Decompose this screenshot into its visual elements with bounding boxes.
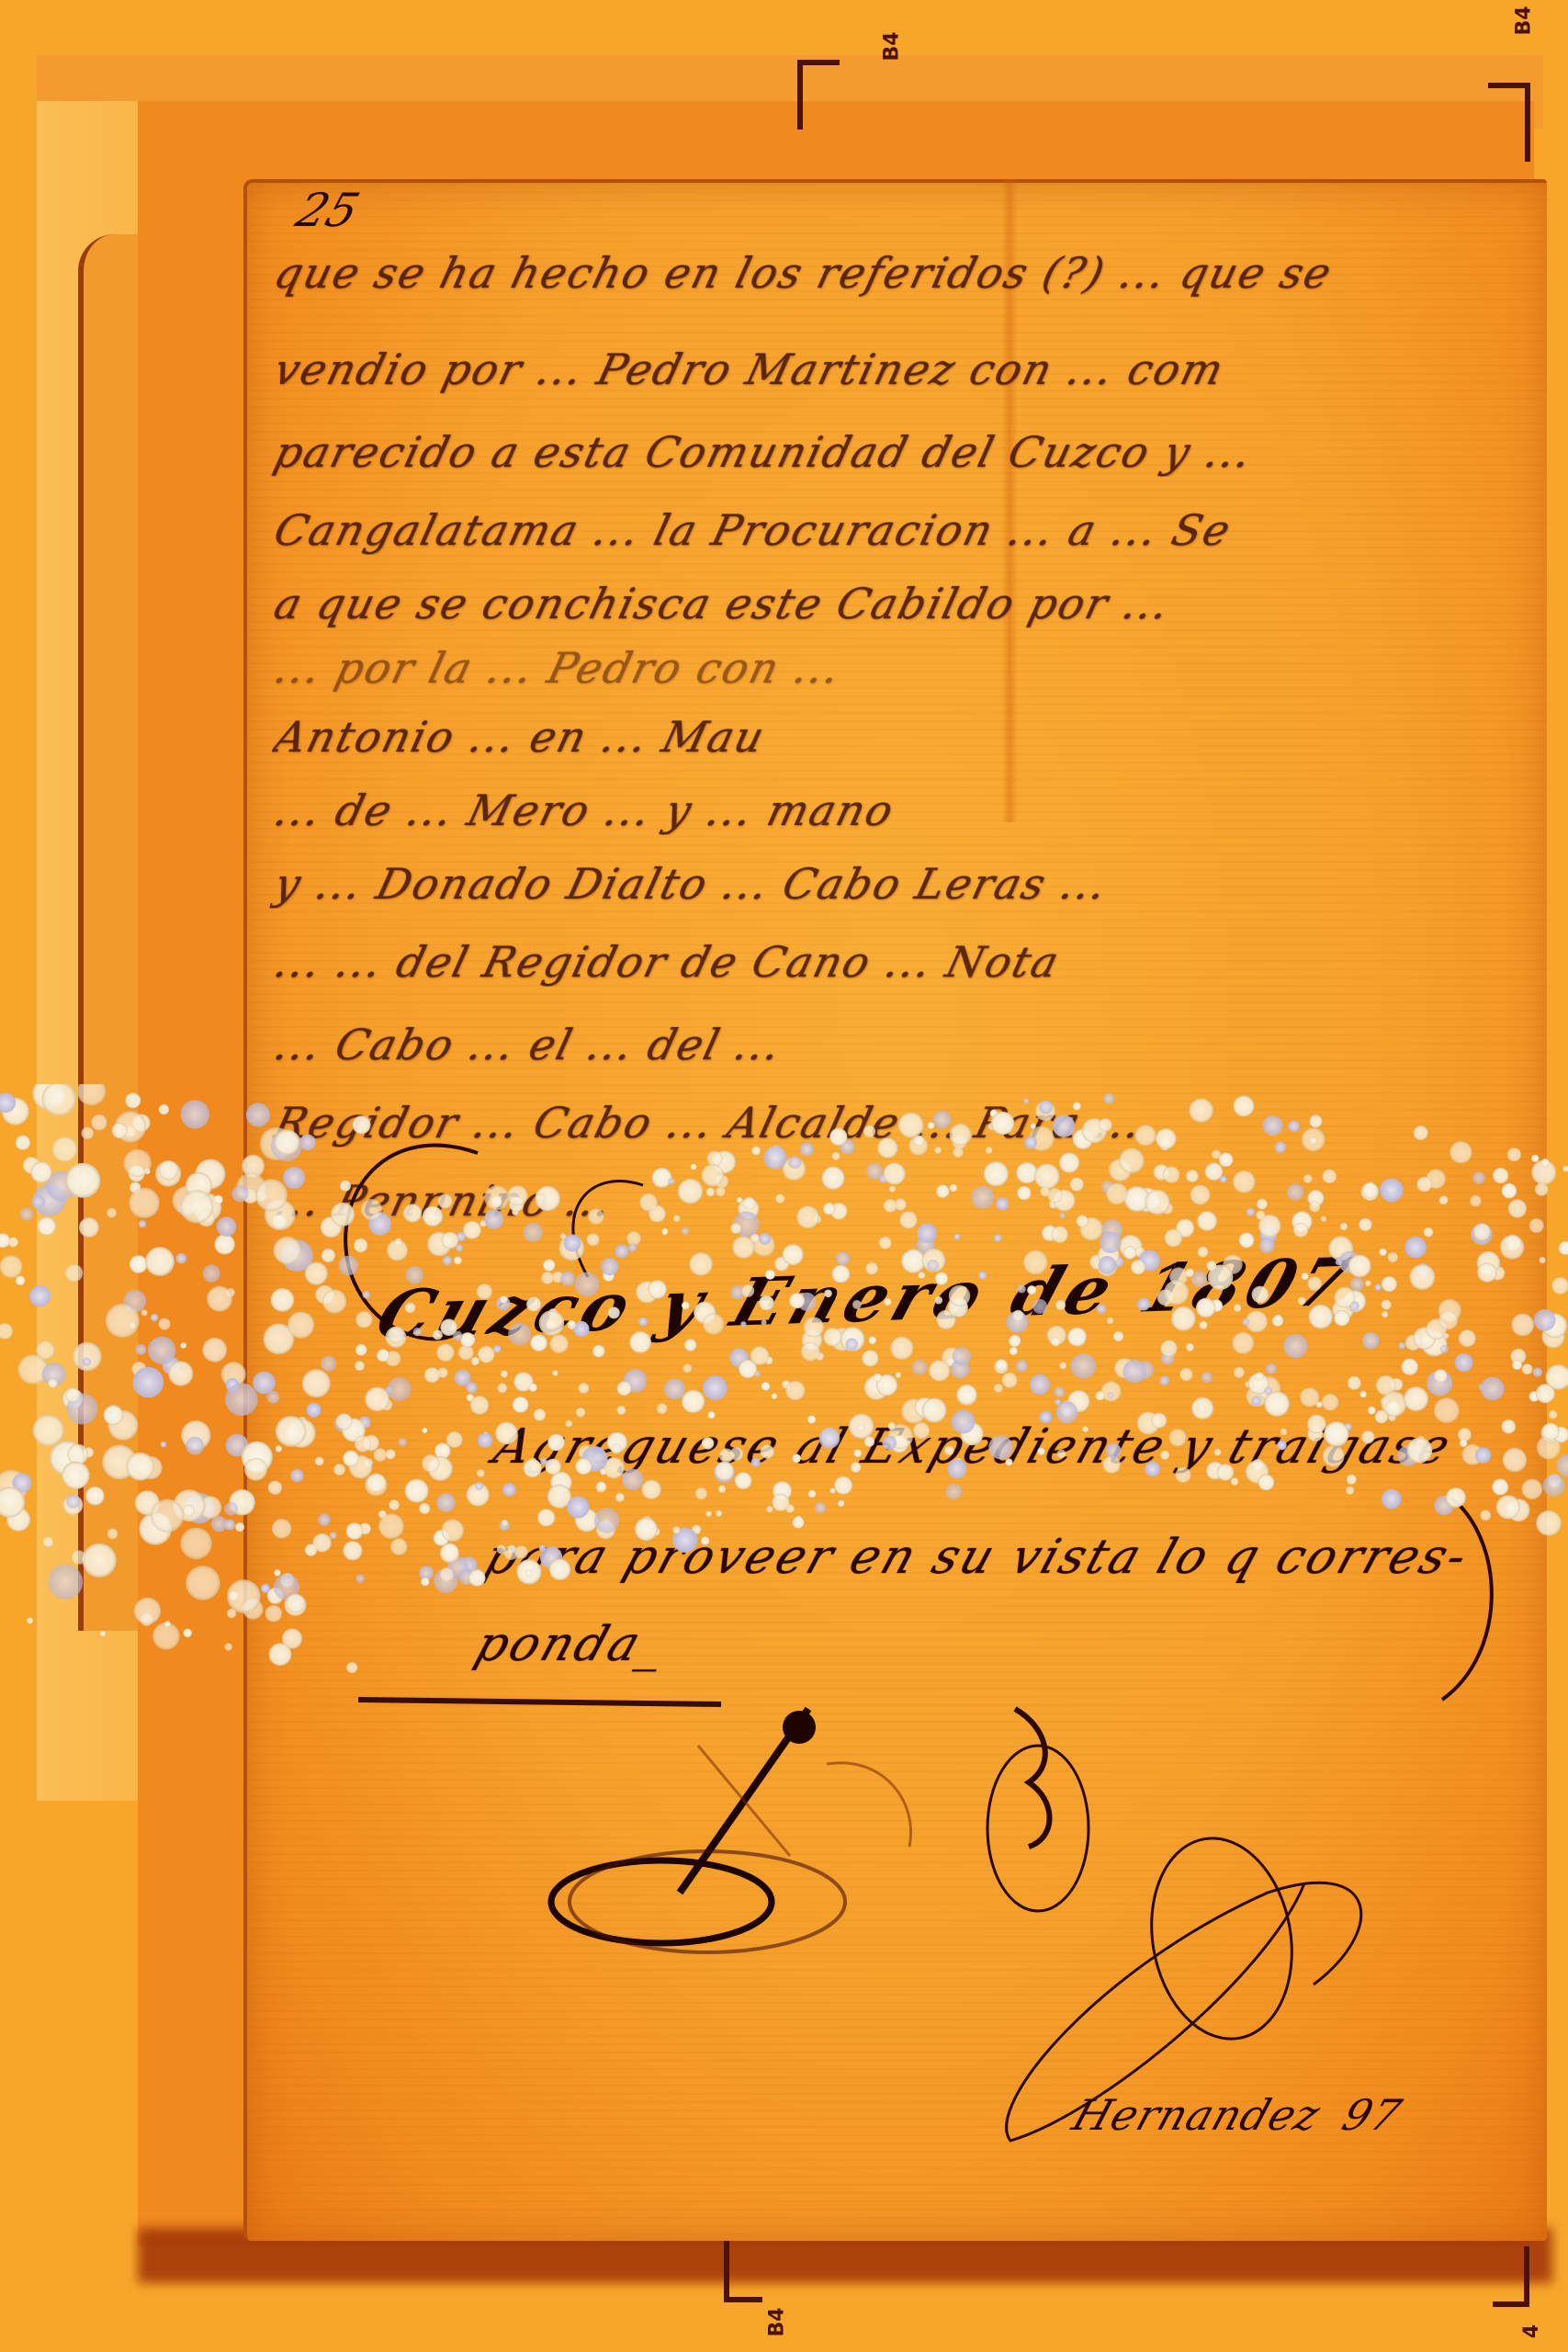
decree-line: ponda_ xyxy=(468,1617,676,1672)
signature-name: Hernandez xyxy=(1066,2090,1326,2140)
ink-flourishes-icon xyxy=(0,0,1568,2352)
decree-line: para proveer en su vista lo q corres- xyxy=(478,1530,1476,1585)
decree-line: Agreguese al Expediente y traigase xyxy=(487,1419,1459,1475)
signature-hernandez: Hernandez 97 xyxy=(1066,2090,1408,2140)
